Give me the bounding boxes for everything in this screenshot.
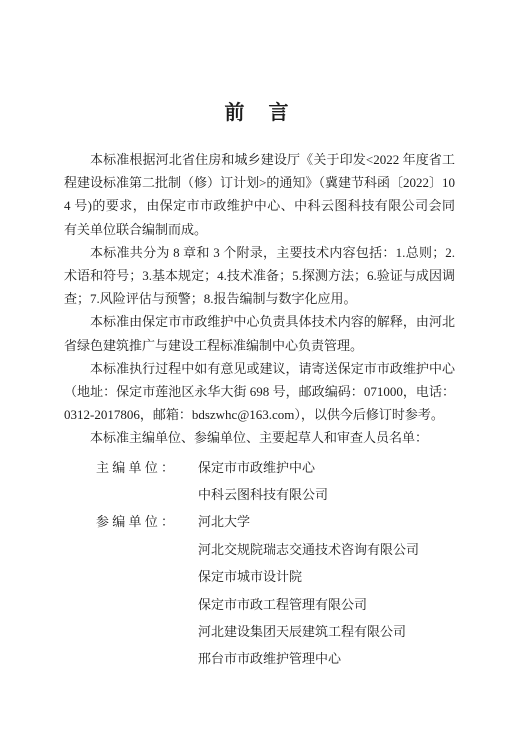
paragraph-contents: 本标准共分为 8 章和 3 个附录，主要技术内容包括：1.总则；2.术语和符号；… <box>64 241 455 311</box>
editor-list-intro: 本标准主编单位、参编单位、主要起草人和审查人员名单： <box>64 426 455 449</box>
chief-editor-unit: 中科云图科技有限公司 <box>198 481 455 508</box>
editor-label-spacer <box>64 591 198 618</box>
paragraph-interpretation: 本标准由保定市市政维护中心负责具体技术内容的解释，由河北省绿色建筑推广与建设工程… <box>64 310 455 356</box>
preface-content: 本标准根据河北省住房和城乡建设厅《关于印发<2022 年度省工程建设标准第二批制… <box>64 148 455 673</box>
paragraph-feedback: 本标准执行过程中如有意见或建议，请寄送保定市市政维护中心（地址：保定市莲池区永华… <box>64 357 455 427</box>
participating-editor-row: 河北建设集团天辰建筑工程有限公司 <box>64 618 455 645</box>
editor-label-spacer <box>64 645 198 672</box>
participating-editor-row: 保定市城市设计院 <box>64 563 455 590</box>
chief-editor-row: 中科云图科技有限公司 <box>64 481 455 508</box>
participating-editor-unit: 河北大学 <box>198 508 455 535</box>
editor-label-spacer <box>64 536 198 563</box>
participating-editor-unit: 保定市市政工程管理有限公司 <box>198 591 455 618</box>
chief-editor-row: 主 编 单 位 ： 保定市市政维护中心 <box>64 454 455 481</box>
editor-units-list: 主 编 单 位 ： 保定市市政维护中心 中科云图科技有限公司 参 编 单 位 ：… <box>64 454 455 673</box>
participating-editor-row: 邢台市市政维护管理中心 <box>64 645 455 672</box>
participating-editor-row: 保定市市政工程管理有限公司 <box>64 591 455 618</box>
participating-editor-label: 参 编 单 位 ： <box>64 508 198 535</box>
participating-editor-unit: 保定市城市设计院 <box>198 563 455 590</box>
editor-label-spacer <box>64 563 198 590</box>
chief-editor-unit: 保定市市政维护中心 <box>198 454 455 481</box>
participating-editor-unit: 河北建设集团天辰建筑工程有限公司 <box>198 618 455 645</box>
editor-label-spacer <box>64 481 198 508</box>
participating-editor-unit: 河北交规院瑞志交通技术咨询有限公司 <box>198 536 455 563</box>
document-page: 前 言 本标准根据河北省住房和城乡建设厅《关于印发<2022 年度省工程建设标准… <box>0 0 515 747</box>
participating-editor-row: 河北交规院瑞志交通技术咨询有限公司 <box>64 536 455 563</box>
participating-editor-unit: 邢台市市政维护管理中心 <box>198 645 455 672</box>
chief-editor-label: 主 编 单 位 ： <box>64 454 198 481</box>
paragraph-basis: 本标准根据河北省住房和城乡建设厅《关于印发<2022 年度省工程建设标准第二批制… <box>64 148 455 241</box>
page-title: 前 言 <box>0 0 515 126</box>
editor-label-spacer <box>64 618 198 645</box>
participating-editor-row: 参 编 单 位 ： 河北大学 <box>64 508 455 535</box>
